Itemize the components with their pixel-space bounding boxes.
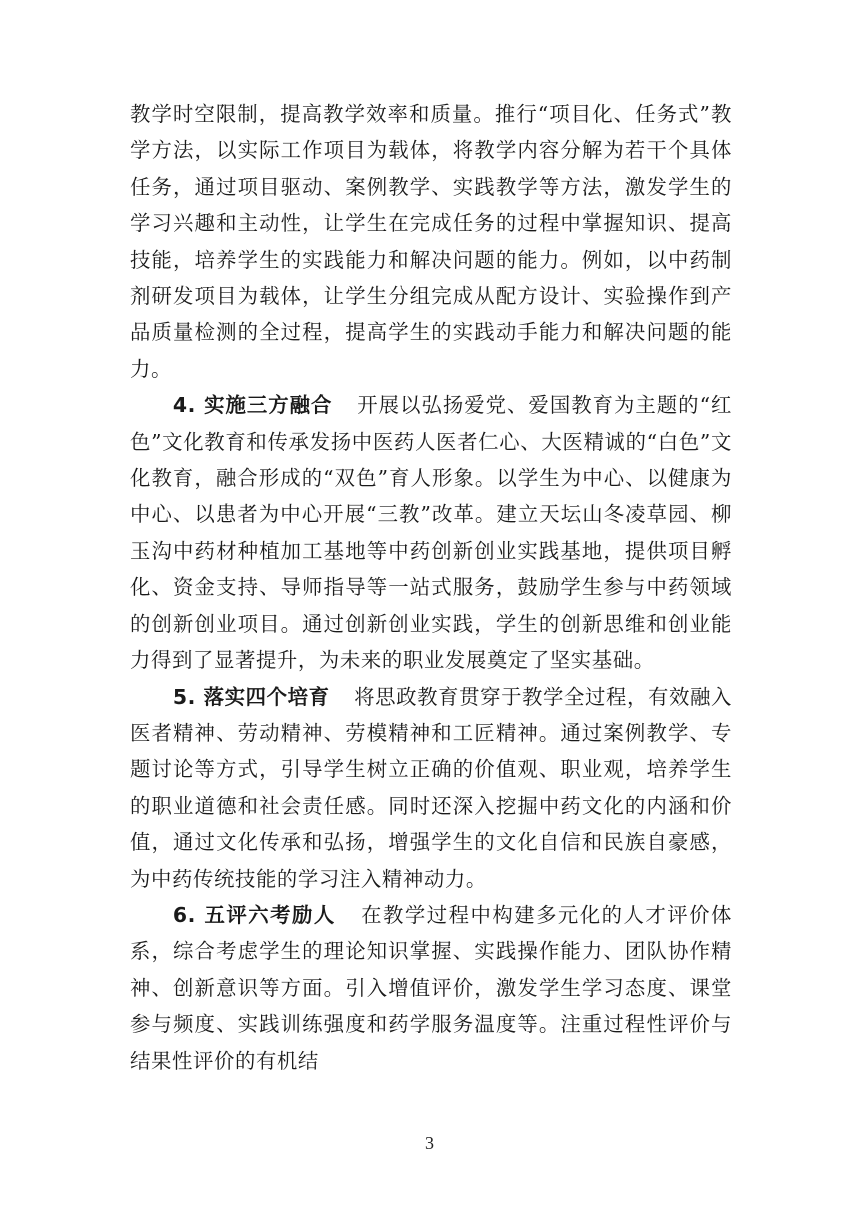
paragraph-text: 开展以弘扬爱党、爱国教育为主题的“红色”文化教育和传承发扬中医药人医者仁心、大医… xyxy=(130,393,732,672)
document-page: 教学时空限制，提高教学效率和质量。推行“项目化、任务式”教学方法，以实际工作项目… xyxy=(0,0,859,1216)
section-heading: 5. 落实四个培育 xyxy=(173,685,330,709)
section-heading: 6. 五评六考励人 xyxy=(173,903,336,927)
body-text: 教学时空限制，提高教学效率和质量。推行“项目化、任务式”教学方法，以实际工作项目… xyxy=(130,96,732,1079)
paragraph-text: 将思政教育贯穿于教学全过程，有效融入医者精神、劳动精神、劳模精神和工匠精神。通过… xyxy=(130,685,732,891)
paragraph-text: 教学时空限制，提高教学效率和质量。推行“项目化、任务式”教学方法，以实际工作项目… xyxy=(130,102,732,381)
paragraph-text: 在教学过程中构建多元化的人才评价体系，综合考虑学生的理论知识掌握、实践操作能力、… xyxy=(130,903,732,1073)
page-number: 3 xyxy=(0,1133,859,1154)
section-heading: 4. 实施三方融合 xyxy=(173,393,333,417)
paragraph-continuation: 教学时空限制，提高教学效率和质量。推行“项目化、任务式”教学方法，以实际工作项目… xyxy=(130,96,732,387)
paragraph-section-4: 4. 实施三方融合开展以弘扬爱党、爱国教育为主题的“红色”文化教育和传承发扬中医… xyxy=(130,387,732,678)
paragraph-section-6: 6. 五评六考励人在教学过程中构建多元化的人才评价体系，综合考虑学生的理论知识掌… xyxy=(130,897,732,1079)
paragraph-section-5: 5. 落实四个培育将思政教育贯穿于教学全过程，有效融入医者精神、劳动精神、劳模精… xyxy=(130,679,732,897)
